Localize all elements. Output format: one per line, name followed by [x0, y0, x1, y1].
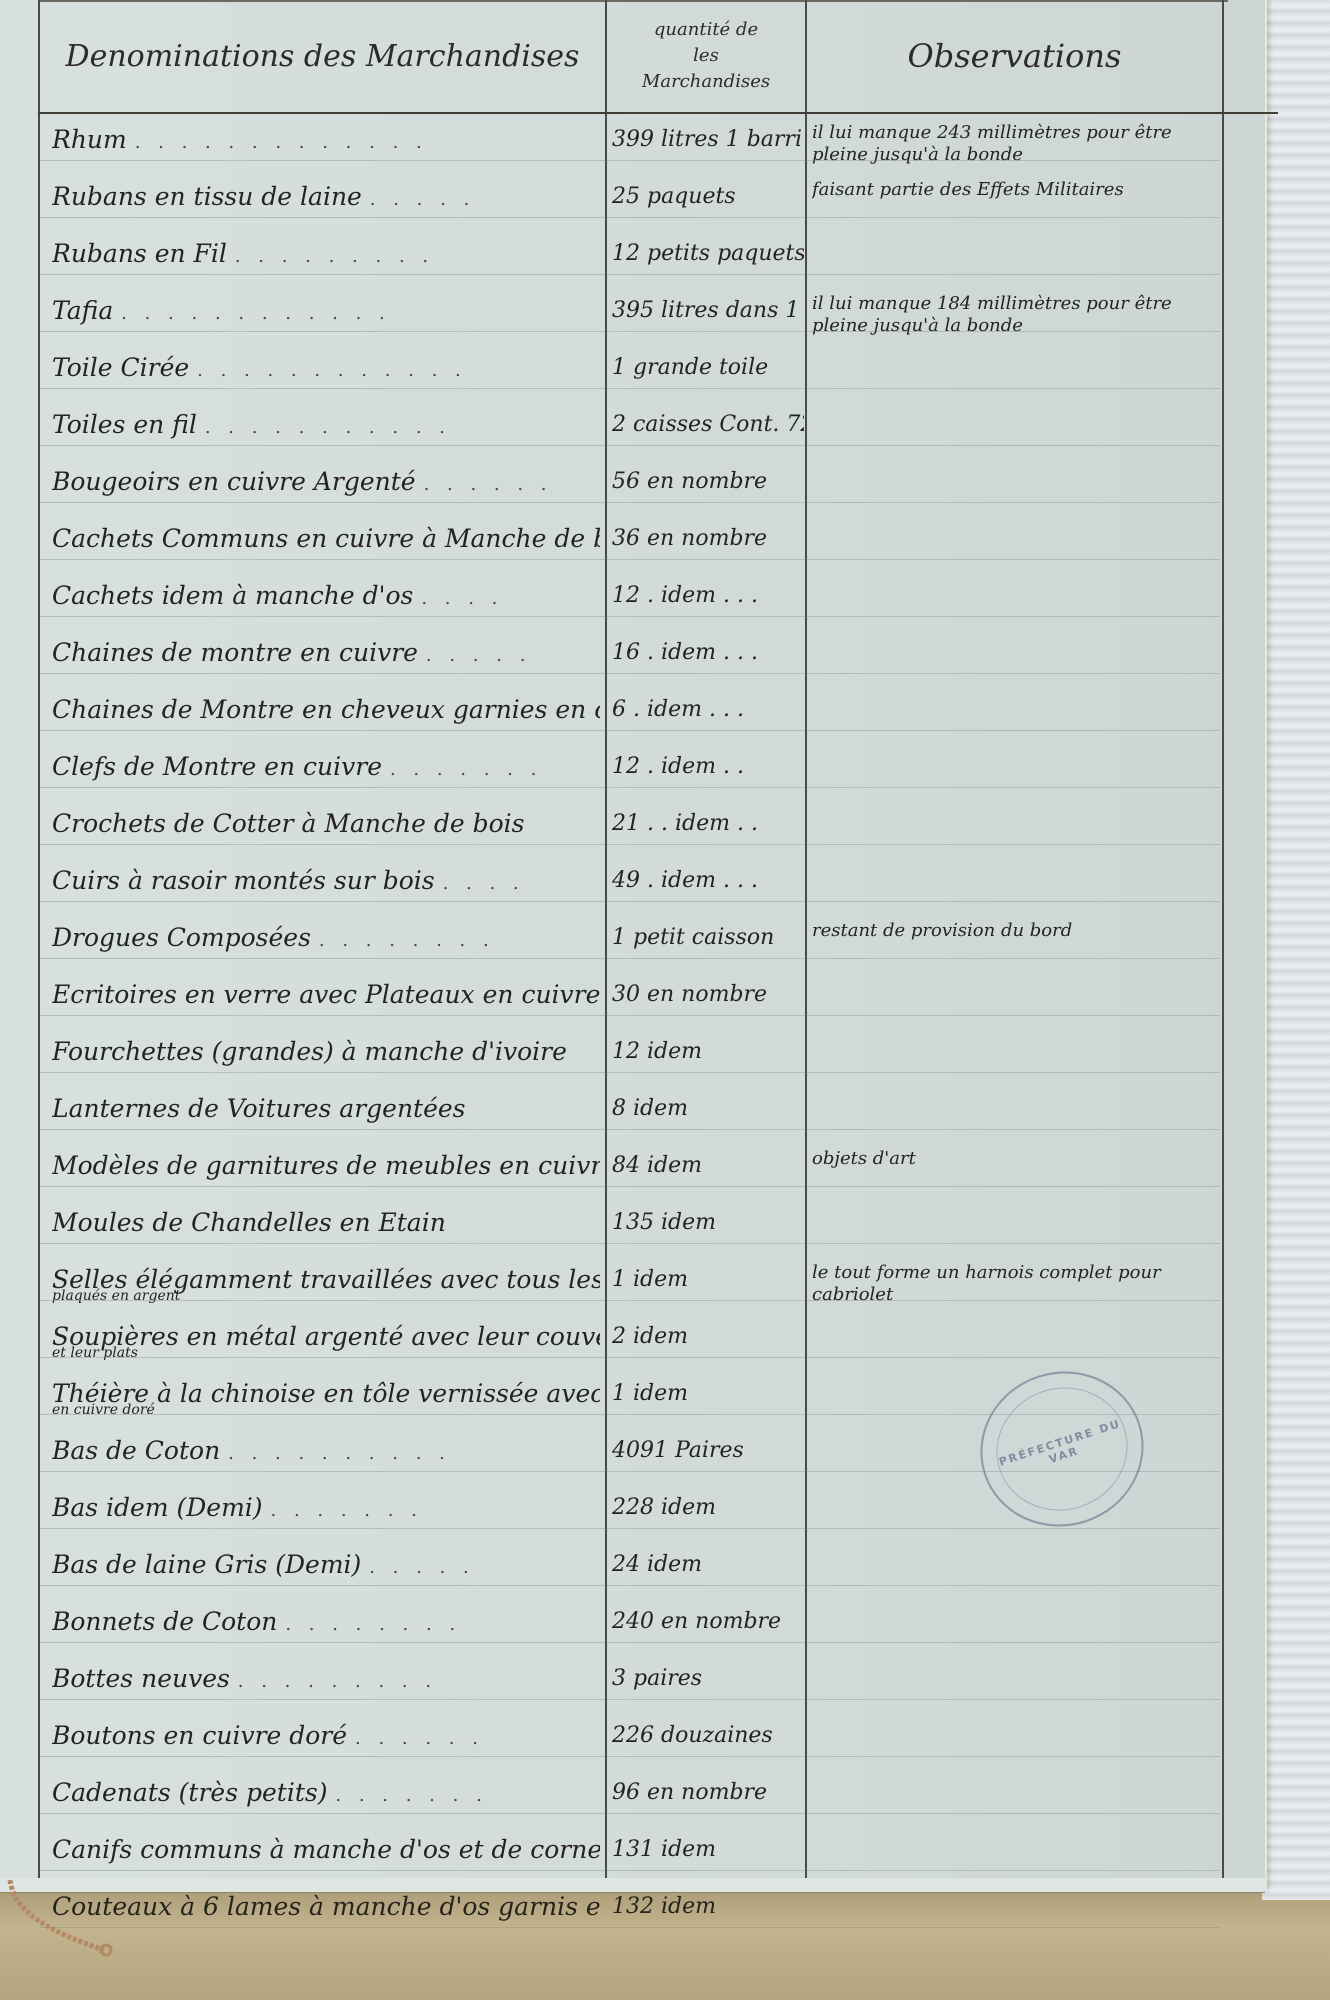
item-quantity: 131 idem — [612, 1824, 804, 1881]
dot-leader: . . . . . . . . — [285, 1614, 461, 1635]
item-name: Fourchettes (grandes) à manche d'ivoire — [52, 1026, 600, 1083]
item-name-text: Clefs de Montre en cuivre — [52, 752, 382, 781]
item-name-continuation: en cuivre doré — [52, 1402, 155, 1418]
item-name: Moules de Chandelles en Etain — [52, 1197, 600, 1254]
ledger-row: Lanternes de Voitures argentées 8 idem — [0, 1083, 1265, 1140]
item-quantity: 4091 Paires — [612, 1425, 804, 1482]
item-observation: le tout forme un harnois complet pour ca… — [812, 1254, 1220, 1319]
item-name-text: Cachets Communs en cuivre à Manche de bo… — [52, 524, 600, 553]
item-name-text: Modèles de garnitures de meubles en cuiv… — [52, 1151, 600, 1180]
item-quantity: 3 paires — [612, 1653, 804, 1710]
item-name: Cachets idem à manche d'os . . . . — [52, 570, 600, 627]
ledger-row: Fourchettes (grandes) à manche d'ivoire … — [0, 1026, 1265, 1083]
item-name-text: Drogues Composées — [52, 923, 311, 952]
item-quantity: 12 . idem . . . — [612, 570, 804, 627]
dot-leader: . . . . . . . . . . . . — [197, 360, 467, 381]
item-name-text: Couteaux à 6 lames à manche d'os garnis … — [52, 1892, 600, 1921]
item-name: Ecritoires en verre avec Plateaux en cui… — [52, 969, 600, 1026]
dot-leader: . . . . . . . — [390, 759, 542, 780]
item-name: Bonnets de Coton . . . . . . . . — [52, 1596, 600, 1653]
item-quantity: 135 idem — [612, 1197, 804, 1254]
item-observation — [812, 570, 1220, 635]
binding-string — [4, 1880, 124, 1960]
item-observation — [812, 969, 1220, 1034]
ledger-row: Cadenats (très petits) . . . . . . .96 e… — [0, 1767, 1265, 1824]
item-name: Chaines de montre en cuivre . . . . . — [52, 627, 600, 684]
item-name-text: Bas idem (Demi) — [52, 1493, 263, 1522]
item-observation — [812, 1311, 1220, 1376]
item-name-continuation: plaqués en argent — [52, 1288, 180, 1304]
item-observation — [812, 513, 1220, 578]
item-name-text: Bonnets de Coton — [52, 1607, 277, 1636]
ledger-row: Rubans en tissu de laine . . . . .25 paq… — [0, 171, 1265, 228]
item-observation — [812, 627, 1220, 692]
item-name-text: Toiles en fil — [52, 410, 197, 439]
item-quantity: 8 idem — [612, 1083, 804, 1140]
stamp-text: PRÉFECTURE DU VAR — [982, 1412, 1142, 1486]
item-name-text: Cadenats (très petits) — [52, 1778, 327, 1807]
ledger-row: Bottes neuves . . . . . . . . .3 paires — [0, 1653, 1265, 1710]
item-quantity: 25 paquets — [612, 171, 804, 228]
header-quantity-line1: quantité de — [654, 17, 758, 43]
item-name: Rhum . . . . . . . . . . . . . — [52, 114, 600, 171]
item-name: Bas idem (Demi) . . . . . . . — [52, 1482, 600, 1539]
dot-leader: . . . . — [443, 873, 525, 894]
dot-leader: . . . . . . — [424, 474, 553, 495]
ledger-row: Bougeoirs en cuivre Argenté . . . . . .5… — [0, 456, 1265, 513]
item-quantity: 228 idem — [612, 1482, 804, 1539]
item-quantity: 240 en nombre — [612, 1596, 804, 1653]
item-name-text: Cuirs à rasoir montés sur bois — [52, 866, 435, 895]
item-name-text: Fourchettes (grandes) à manche d'ivoire — [52, 1037, 567, 1066]
ledger-row: Selles élégamment travaillées avec tous … — [0, 1254, 1265, 1311]
dot-leader: . . . . . . — [355, 1728, 484, 1749]
item-observation — [812, 1881, 1220, 1946]
ledger-row: Chaines de Montre en cheveux garnies en … — [0, 684, 1265, 741]
item-observation — [812, 1539, 1220, 1604]
dot-leader: . . . . . . . . — [319, 930, 495, 951]
ledger-rows: Rhum . . . . . . . . . . . . .399 litres… — [0, 114, 1265, 1938]
item-name: Bougeoirs en cuivre Argenté . . . . . . — [52, 456, 600, 513]
item-observation — [812, 855, 1220, 920]
item-name: Théière à la chinoise en tôle vernissée … — [52, 1368, 600, 1425]
ledger-row: Crochets de Cotter à Manche de bois 21 .… — [0, 798, 1265, 855]
item-name: Bottes neuves . . . . . . . . . — [52, 1653, 600, 1710]
item-observation: objets d'art — [812, 1140, 1220, 1205]
item-name-text: Moules de Chandelles en Etain — [52, 1208, 446, 1237]
ledger-row: Boutons en cuivre doré . . . . . .226 do… — [0, 1710, 1265, 1767]
item-quantity: 1 petit caisson — [612, 912, 804, 969]
item-name: Cadenats (très petits) . . . . . . . — [52, 1767, 600, 1824]
dot-leader: . . . . — [421, 588, 503, 609]
ledger-row: Canifs communs à manche d'os et de corne… — [0, 1824, 1265, 1881]
item-name-text: Boutons en cuivre doré — [52, 1721, 347, 1750]
item-observation — [812, 1767, 1220, 1832]
dot-leader: . . . . . . . . . . . . — [121, 303, 391, 324]
dot-leader: . . . . . — [370, 189, 476, 210]
item-quantity: 16 . idem . . . — [612, 627, 804, 684]
item-quantity: 2 caisses Cont. 72 pièces — [612, 399, 804, 456]
ledger-row: Modèles de garnitures de meubles en cuiv… — [0, 1140, 1265, 1197]
item-name-text: Ecritoires en verre avec Plateaux en cui… — [52, 980, 600, 1009]
item-name: Modèles de garnitures de meubles en cuiv… — [52, 1140, 600, 1197]
item-name-text: Rhum — [52, 125, 127, 154]
item-observation — [812, 342, 1220, 407]
ledger-row: Tafia . . . . . . . . . . . .395 litres … — [0, 285, 1265, 342]
dot-leader: . . . . . . . . . — [235, 246, 434, 267]
ledger-row: Soupières en métal argenté avec leur cou… — [0, 1311, 1265, 1368]
item-name: Tafia . . . . . . . . . . . . — [52, 285, 600, 342]
item-name-text: Tafia — [52, 296, 113, 325]
item-observation — [812, 1653, 1220, 1718]
dot-leader: . . . . . — [426, 645, 532, 666]
item-quantity: 1 idem — [612, 1368, 804, 1425]
item-name-text: Toile Cirée — [52, 353, 189, 382]
dot-leader: . . . . . . . . . . . . . — [135, 132, 428, 153]
ledger-row: Bonnets de Coton . . . . . . . .240 en n… — [0, 1596, 1265, 1653]
header-observations: Observations — [807, 0, 1222, 112]
item-name: Bas de Coton . . . . . . . . . . — [52, 1425, 600, 1482]
item-name-text: Bas de Coton — [52, 1436, 220, 1465]
item-name-text: Bottes neuves — [52, 1664, 230, 1693]
item-quantity: 96 en nombre — [612, 1767, 804, 1824]
ledger-row: Drogues Composées . . . . . . . .1 petit… — [0, 912, 1265, 969]
dot-leader: . . . . . . . — [335, 1785, 487, 1806]
ledger-page: Denominations des Marchandises quantité … — [0, 0, 1267, 1890]
item-observation: il lui manque 243 millimètres pour être … — [812, 114, 1220, 179]
item-observation: faisant partie des Effets Militaires — [812, 171, 1220, 236]
item-quantity: 399 litres 1 barrique — [612, 114, 804, 171]
item-name-text: Bas de laine Gris (Demi) — [52, 1550, 361, 1579]
ledger-row: Clefs de Montre en cuivre . . . . . . .1… — [0, 741, 1265, 798]
item-quantity: 1 idem — [612, 1254, 804, 1311]
dot-leader: . . . . . . . . . — [238, 1671, 437, 1692]
item-name: Boutons en cuivre doré . . . . . . — [52, 1710, 600, 1767]
header-quantity-line3: Marchandises — [642, 69, 770, 95]
item-observation — [812, 1026, 1220, 1091]
item-quantity: 24 idem — [612, 1539, 804, 1596]
header-quantity-line2: les — [693, 43, 719, 69]
item-name-text: Rubans en tissu de laine — [52, 182, 362, 211]
item-name-text: Crochets de Cotter à Manche de bois — [52, 809, 525, 838]
header-quantity: quantité de les Marchandises — [607, 0, 805, 112]
item-name: Chaines de Montre en cheveux garnies en … — [52, 684, 600, 741]
item-observation — [812, 228, 1220, 293]
ledger-row: Cuirs à rasoir montés sur bois . . . .49… — [0, 855, 1265, 912]
item-quantity: 6 . idem . . . — [612, 684, 804, 741]
item-name-text: Lanternes de Voitures argentées — [52, 1094, 466, 1123]
ledger-row: Chaines de montre en cuivre . . . . .16 … — [0, 627, 1265, 684]
item-name-text: Bougeoirs en cuivre Argenté — [52, 467, 416, 496]
ledger-row: Cachets idem à manche d'os . . . .12 . i… — [0, 570, 1265, 627]
ledger-row: Ecritoires en verre avec Plateaux en cui… — [0, 969, 1265, 1026]
item-name: Selles élégamment travaillées avec tous … — [52, 1254, 600, 1311]
item-name: Rubans en tissu de laine . . . . . — [52, 171, 600, 228]
item-observation: restant de provision du bord — [812, 912, 1220, 977]
item-observation — [812, 684, 1220, 749]
item-name: Drogues Composées . . . . . . . . — [52, 912, 600, 969]
item-name-text: Rubans en Fil — [52, 239, 227, 268]
item-name-text: Chaines de montre en cuivre — [52, 638, 418, 667]
item-name-text: Cachets idem à manche d'os — [52, 581, 413, 610]
item-name-continuation: et leur plats — [52, 1345, 138, 1361]
item-name: Cachets Communs en cuivre à Manche de bo… — [52, 513, 600, 570]
item-observation — [812, 1710, 1220, 1775]
item-quantity: 84 idem — [612, 1140, 804, 1197]
ledger-row: Bas de laine Gris (Demi) . . . . .24 ide… — [0, 1539, 1265, 1596]
dot-leader: . . . . . . . — [271, 1500, 423, 1521]
item-quantity: 1 grande toile — [612, 342, 804, 399]
item-observation — [812, 456, 1220, 521]
item-observation — [812, 1596, 1220, 1661]
ledger-row: Couteaux à 6 lames à manche d'os garnis … — [0, 1881, 1265, 1938]
item-name: Soupières en métal argenté avec leur cou… — [52, 1311, 600, 1368]
item-name-text: Canifs communs à manche d'os et de corne — [52, 1835, 600, 1864]
item-name: Clefs de Montre en cuivre . . . . . . . — [52, 741, 600, 798]
header-denomination: Denominations des Marchandises — [40, 0, 605, 112]
dot-leader: . . . . . . . . . . — [228, 1443, 451, 1464]
item-observation: il lui manque 184 millimètres pour être … — [812, 285, 1220, 350]
item-name: Rubans en Fil . . . . . . . . . — [52, 228, 600, 285]
item-quantity: 56 en nombre — [612, 456, 804, 513]
item-observation — [812, 1083, 1220, 1148]
ledger-row: Cachets Communs en cuivre à Manche de bo… — [0, 513, 1265, 570]
item-observation — [812, 741, 1220, 806]
dot-leader: . . . . . . . . . . . — [205, 417, 451, 438]
item-observation — [812, 1197, 1220, 1262]
item-name: Crochets de Cotter à Manche de bois — [52, 798, 600, 855]
item-name: Canifs communs à manche d'os et de corne… — [52, 1824, 600, 1881]
item-name-text: Chaines de Montre en cheveux garnies en … — [52, 695, 600, 724]
item-observation — [812, 798, 1220, 863]
item-quantity: 226 douzaines — [612, 1710, 804, 1767]
item-name: Toile Cirée . . . . . . . . . . . . — [52, 342, 600, 399]
item-quantity: 36 en nombre — [612, 513, 804, 570]
item-quantity: 12 idem — [612, 1026, 804, 1083]
item-quantity: 395 litres dans 1 B.te — [612, 285, 804, 342]
item-observation — [812, 399, 1220, 464]
item-quantity: 12 petits paquets — [612, 228, 804, 285]
item-name: Toiles en fil . . . . . . . . . . . — [52, 399, 600, 456]
ledger-row: Rhum . . . . . . . . . . . . .399 litres… — [0, 114, 1265, 171]
item-quantity: 2 idem — [612, 1311, 804, 1368]
item-quantity: 132 idem — [612, 1881, 804, 1938]
item-observation — [812, 1824, 1220, 1889]
ledger-row: Moules de Chandelles en Etain 135 idem — [0, 1197, 1265, 1254]
item-name: Bas de laine Gris (Demi) . . . . . — [52, 1539, 600, 1596]
item-name: Lanternes de Voitures argentées — [52, 1083, 600, 1140]
item-quantity: 21 . . idem . . — [612, 798, 804, 855]
item-name: Cuirs à rasoir montés sur bois . . . . — [52, 855, 600, 912]
page-stack-edge — [1262, 0, 1330, 1900]
item-name: Couteaux à 6 lames à manche d'os garnis … — [52, 1881, 600, 1938]
ledger-row: Rubans en Fil . . . . . . . . .12 petits… — [0, 228, 1265, 285]
dot-leader: . . . . . — [369, 1557, 475, 1578]
ledger-row: Toile Cirée . . . . . . . . . . . .1 gra… — [0, 342, 1265, 399]
item-quantity: 49 . idem . . . — [612, 855, 804, 912]
item-quantity: 12 . idem . . — [612, 741, 804, 798]
ledger-row: Toiles en fil . . . . . . . . . . .2 cai… — [0, 399, 1265, 456]
item-quantity: 30 en nombre — [612, 969, 804, 1026]
